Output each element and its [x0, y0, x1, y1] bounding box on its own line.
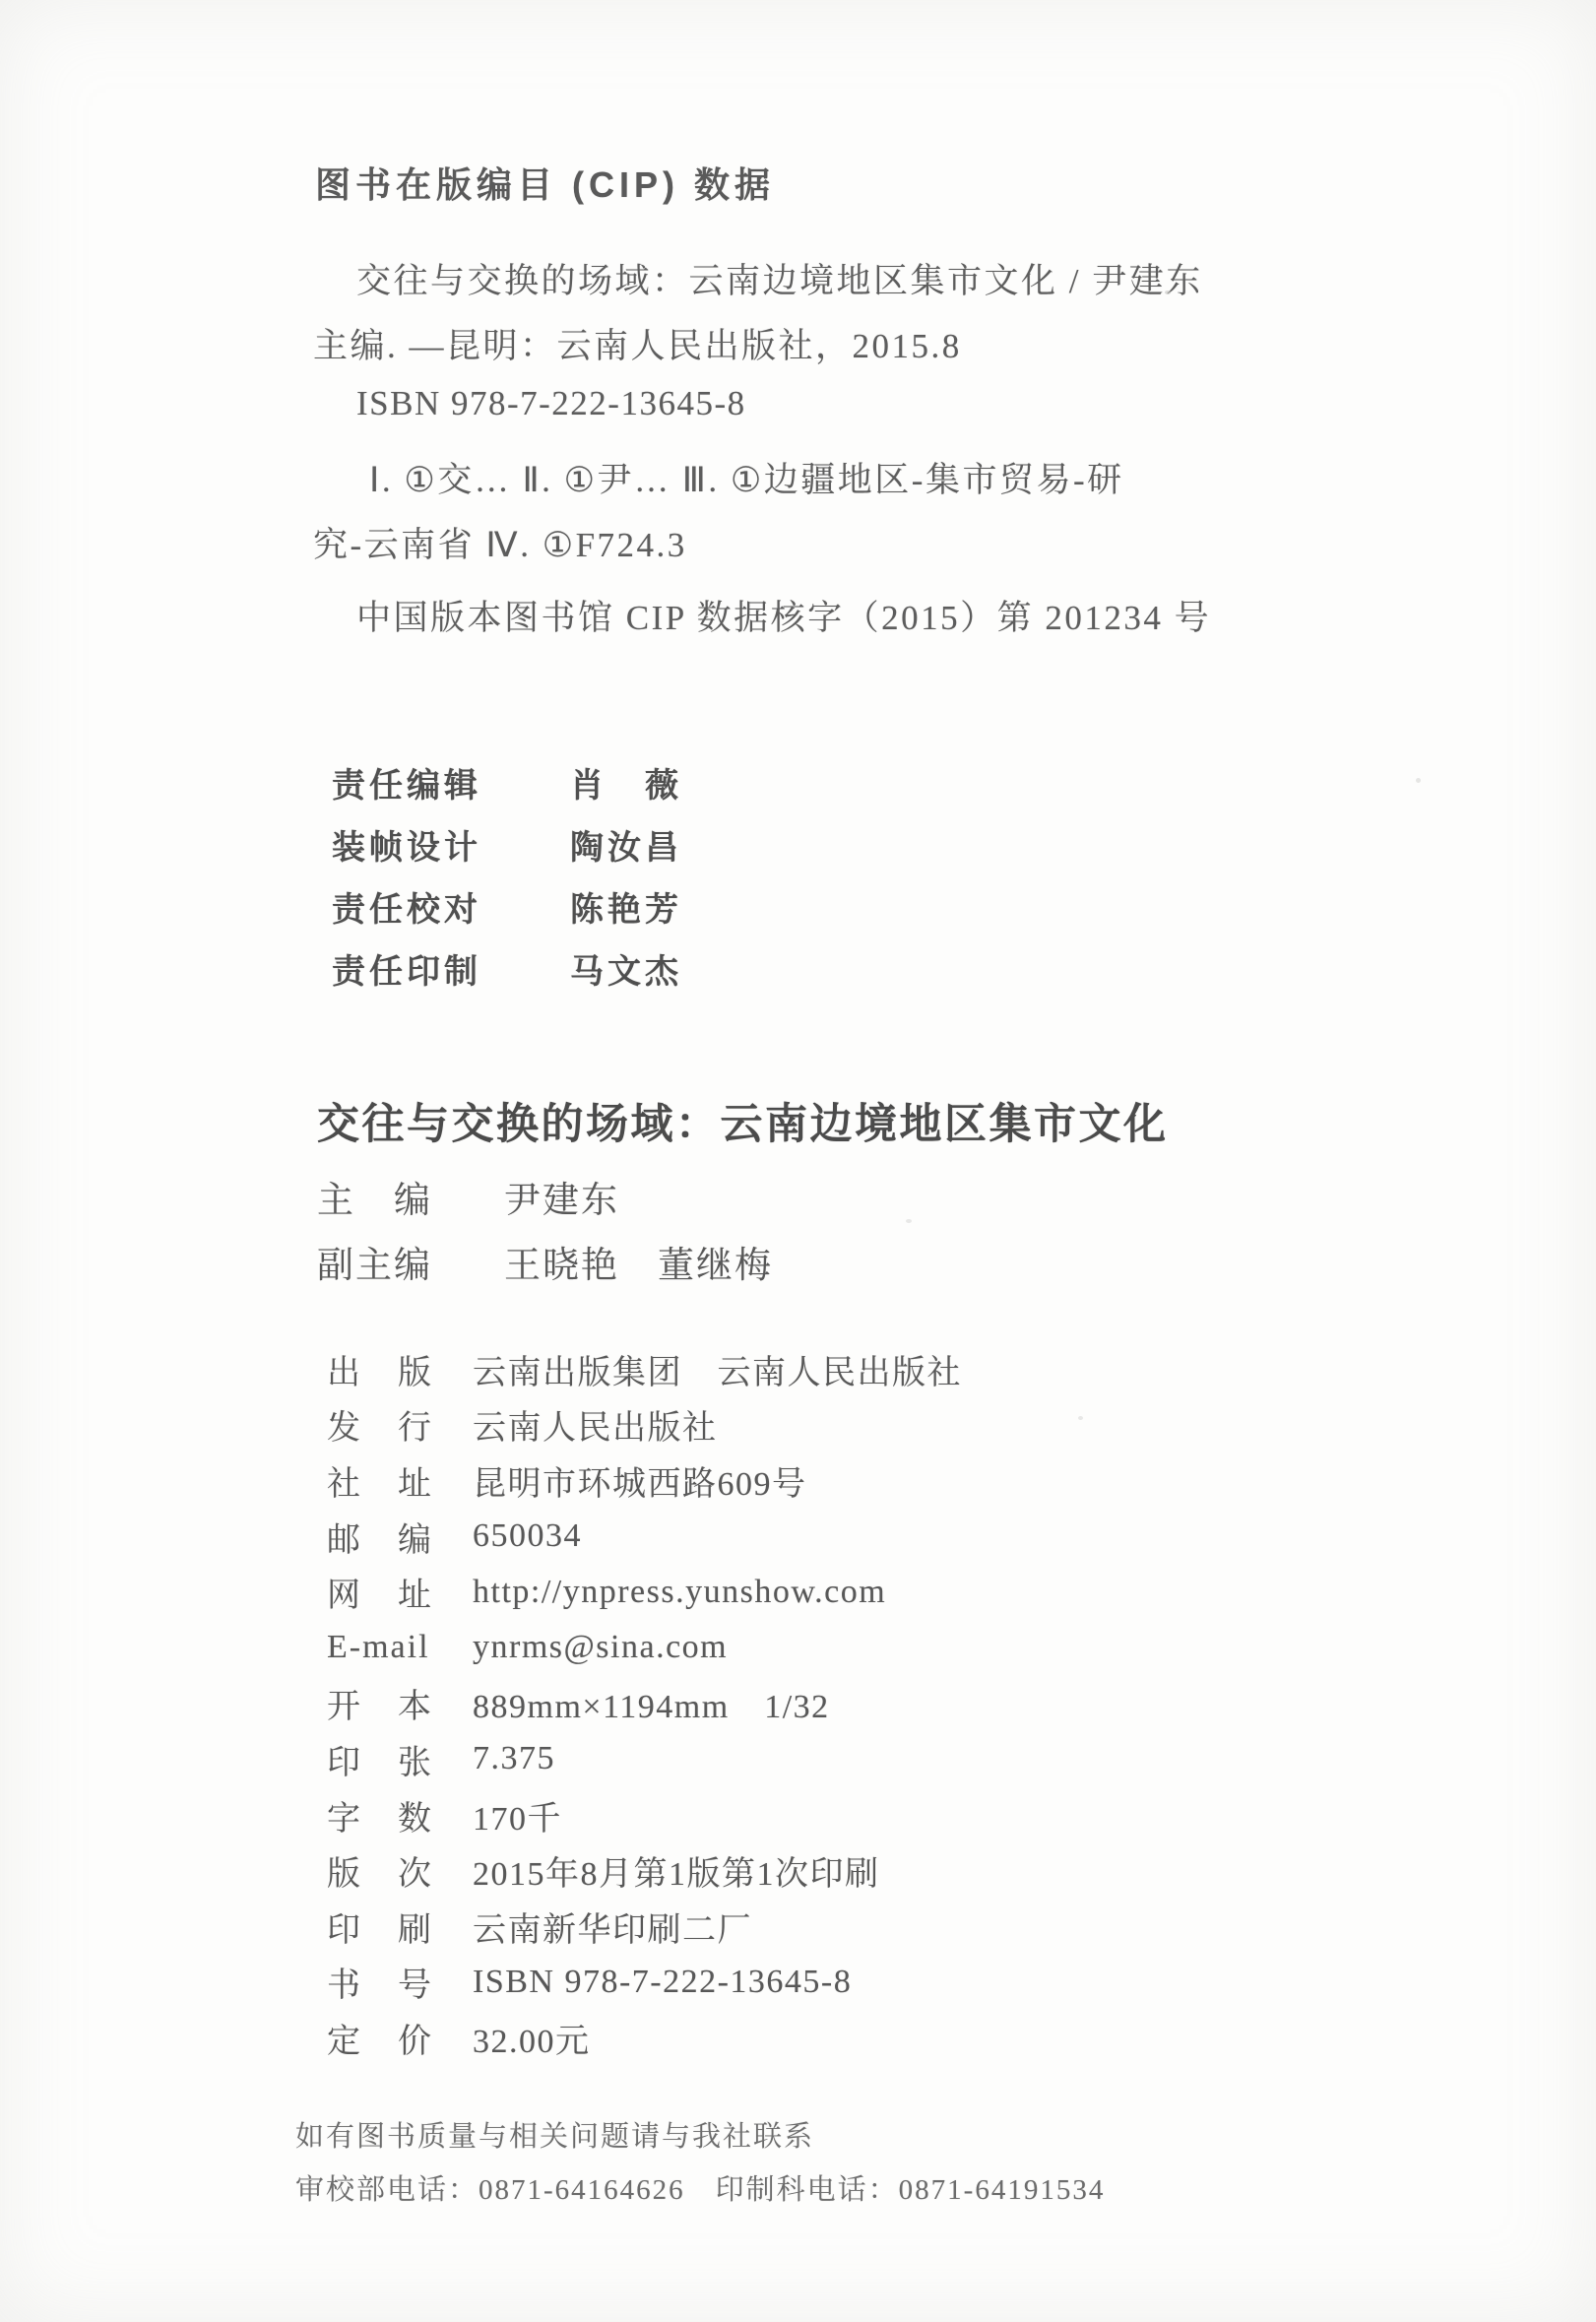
cip-title-line: 交往与交换的场域：云南边境地区集市文化 / 尹建东 [356, 254, 1203, 303]
colophon-label: 发 行 [327, 1400, 473, 1449]
colophon-row: E-mail ynrms@sina.com [327, 1620, 962, 1676]
credit-name: 陈艳芳 [570, 882, 682, 931]
cip-header: 图书在版编目 (CIP) 数据 [315, 158, 775, 208]
colophon-row: 印 张 7.375 [327, 1731, 962, 1787]
colophon-row: 书 号 ISBN 978-7-222-13645-8 [327, 1955, 962, 2011]
colophon-value: 7.375 [473, 1740, 555, 1777]
credit-role: 责任校对 [332, 882, 529, 931]
colophon-label: 印 张 [327, 1735, 473, 1783]
colophon-row: 邮 编 650034 [327, 1509, 962, 1565]
colophon-value: 云南新华印刷二厂 [473, 1903, 752, 1951]
colophon-label: 书 号 [327, 1958, 473, 2006]
colophon-value: ynrms@sina.com [473, 1629, 728, 1666]
colophon-value: 昆明市环城西路609号 [473, 1456, 807, 1505]
credit-name: 马文杰 [570, 944, 682, 993]
credit-row: 责任校对 陈艳芳 [332, 882, 682, 944]
colophon-label: 字 数 [327, 1791, 473, 1839]
colophon-row: 定 价 32.00元 [327, 2010, 962, 2066]
chief-editor-line: 主 编 尹建东 [317, 1170, 619, 1223]
colophon-label: 社 址 [327, 1456, 473, 1505]
cip-classification-line-1: Ⅰ. ①交… Ⅱ. ①尹… Ⅲ. ①边疆地区-集市贸易-研 [369, 453, 1124, 502]
credit-role: 责任印制 [332, 944, 529, 993]
cip-publisher-line: 主编. —昆明：云南人民出版社，2015.8 [313, 319, 962, 368]
credit-name: 肖 薇 [570, 758, 682, 806]
colophon-row: 发 行 云南人民出版社 [327, 1397, 962, 1453]
colophon-label: 出 版 [327, 1345, 473, 1393]
deputy-editor-label: 副主编 [317, 1235, 504, 1288]
book-title: 交往与交换的场域：云南边境地区集市文化 [317, 1091, 1169, 1151]
cip-isbn-line: ISBN 978-7-222-13645-8 [356, 384, 746, 423]
staff-credits: 责任编辑 肖 薇 装帧设计 陶汝昌 责任校对 陈艳芳 责任印制 马文杰 [332, 758, 682, 1006]
credit-role: 责任编辑 [332, 758, 529, 806]
colophon-label: 邮 编 [327, 1513, 473, 1561]
colophon-label: 定 价 [327, 2014, 473, 2062]
colophon-row: 开 本 889mm×1194mm 1/32 [327, 1676, 962, 1732]
quality-notice: 如有图书质量与相关问题请与我社联系 [295, 2114, 814, 2155]
colophon-value: 170千 [473, 1791, 562, 1839]
colophon-value: 云南人民出版社 [473, 1400, 718, 1449]
credit-row: 责任编辑 肖 薇 [332, 758, 682, 820]
colophon-value: http://ynpress.yunshow.com [473, 1574, 886, 1611]
colophon-list: 出 版 云南出版集团 云南人民出版社 发 行 云南人民出版社 社 址 昆明市环城… [327, 1341, 962, 2066]
colophon-value: 云南出版集团 云南人民出版社 [473, 1345, 962, 1393]
scan-speck [1165, 290, 1171, 294]
copyright-page: 图书在版编目 (CIP) 数据 交往与交换的场域：云南边境地区集市文化 / 尹建… [0, 0, 1596, 2322]
chief-editor-name: 尹建东 [504, 1170, 619, 1223]
colophon-row: 字 数 170千 [327, 1787, 962, 1843]
colophon-value: 2015年8月第1版第1次印刷 [473, 1846, 880, 1895]
colophon-label: E-mail [327, 1629, 473, 1666]
colophon-label: 版 次 [327, 1846, 473, 1895]
colophon-label: 网 址 [327, 1568, 473, 1616]
scan-speck [1416, 778, 1421, 783]
deputy-editor-names: 王晓艳 董继梅 [504, 1235, 773, 1288]
colophon-value: 889mm×1194mm 1/32 [473, 1679, 830, 1727]
colophon-row: 出 版 云南出版集团 云南人民出版社 [327, 1341, 962, 1397]
colophon-label: 开 本 [327, 1679, 473, 1727]
credit-name: 陶汝昌 [570, 820, 682, 869]
scan-speck [1078, 1416, 1083, 1420]
credit-row: 责任印制 马文杰 [332, 944, 682, 1006]
colophon-row: 网 址 http://ynpress.yunshow.com [327, 1564, 962, 1620]
colophon-row: 版 次 2015年8月第1版第1次印刷 [327, 1842, 962, 1899]
credit-role: 装帧设计 [332, 820, 529, 869]
contact-phones: 审校部电话：0871-64164626 印制科电话：0871-64191534 [295, 2167, 1105, 2208]
deputy-editor-line: 副主编 王晓艳 董继梅 [317, 1235, 773, 1288]
colophon-label: 印 刷 [327, 1903, 473, 1951]
colophon-value: 32.00元 [473, 2014, 591, 2062]
credit-row: 装帧设计 陶汝昌 [332, 820, 682, 882]
chief-editor-label: 主 编 [317, 1170, 504, 1223]
cip-classification-line-2: 究-云南省 Ⅳ. ①F724.3 [313, 518, 687, 567]
scan-speck [906, 1219, 912, 1223]
colophon-row: 印 刷 云南新华印刷二厂 [327, 1899, 962, 1955]
colophon-value: 650034 [473, 1517, 582, 1555]
colophon-value: ISBN 978-7-222-13645-8 [473, 1964, 852, 2001]
cip-record-number-line: 中国版本图书馆 CIP 数据核字（2015）第 201234 号 [356, 591, 1211, 640]
colophon-row: 社 址 昆明市环城西路609号 [327, 1452, 962, 1509]
